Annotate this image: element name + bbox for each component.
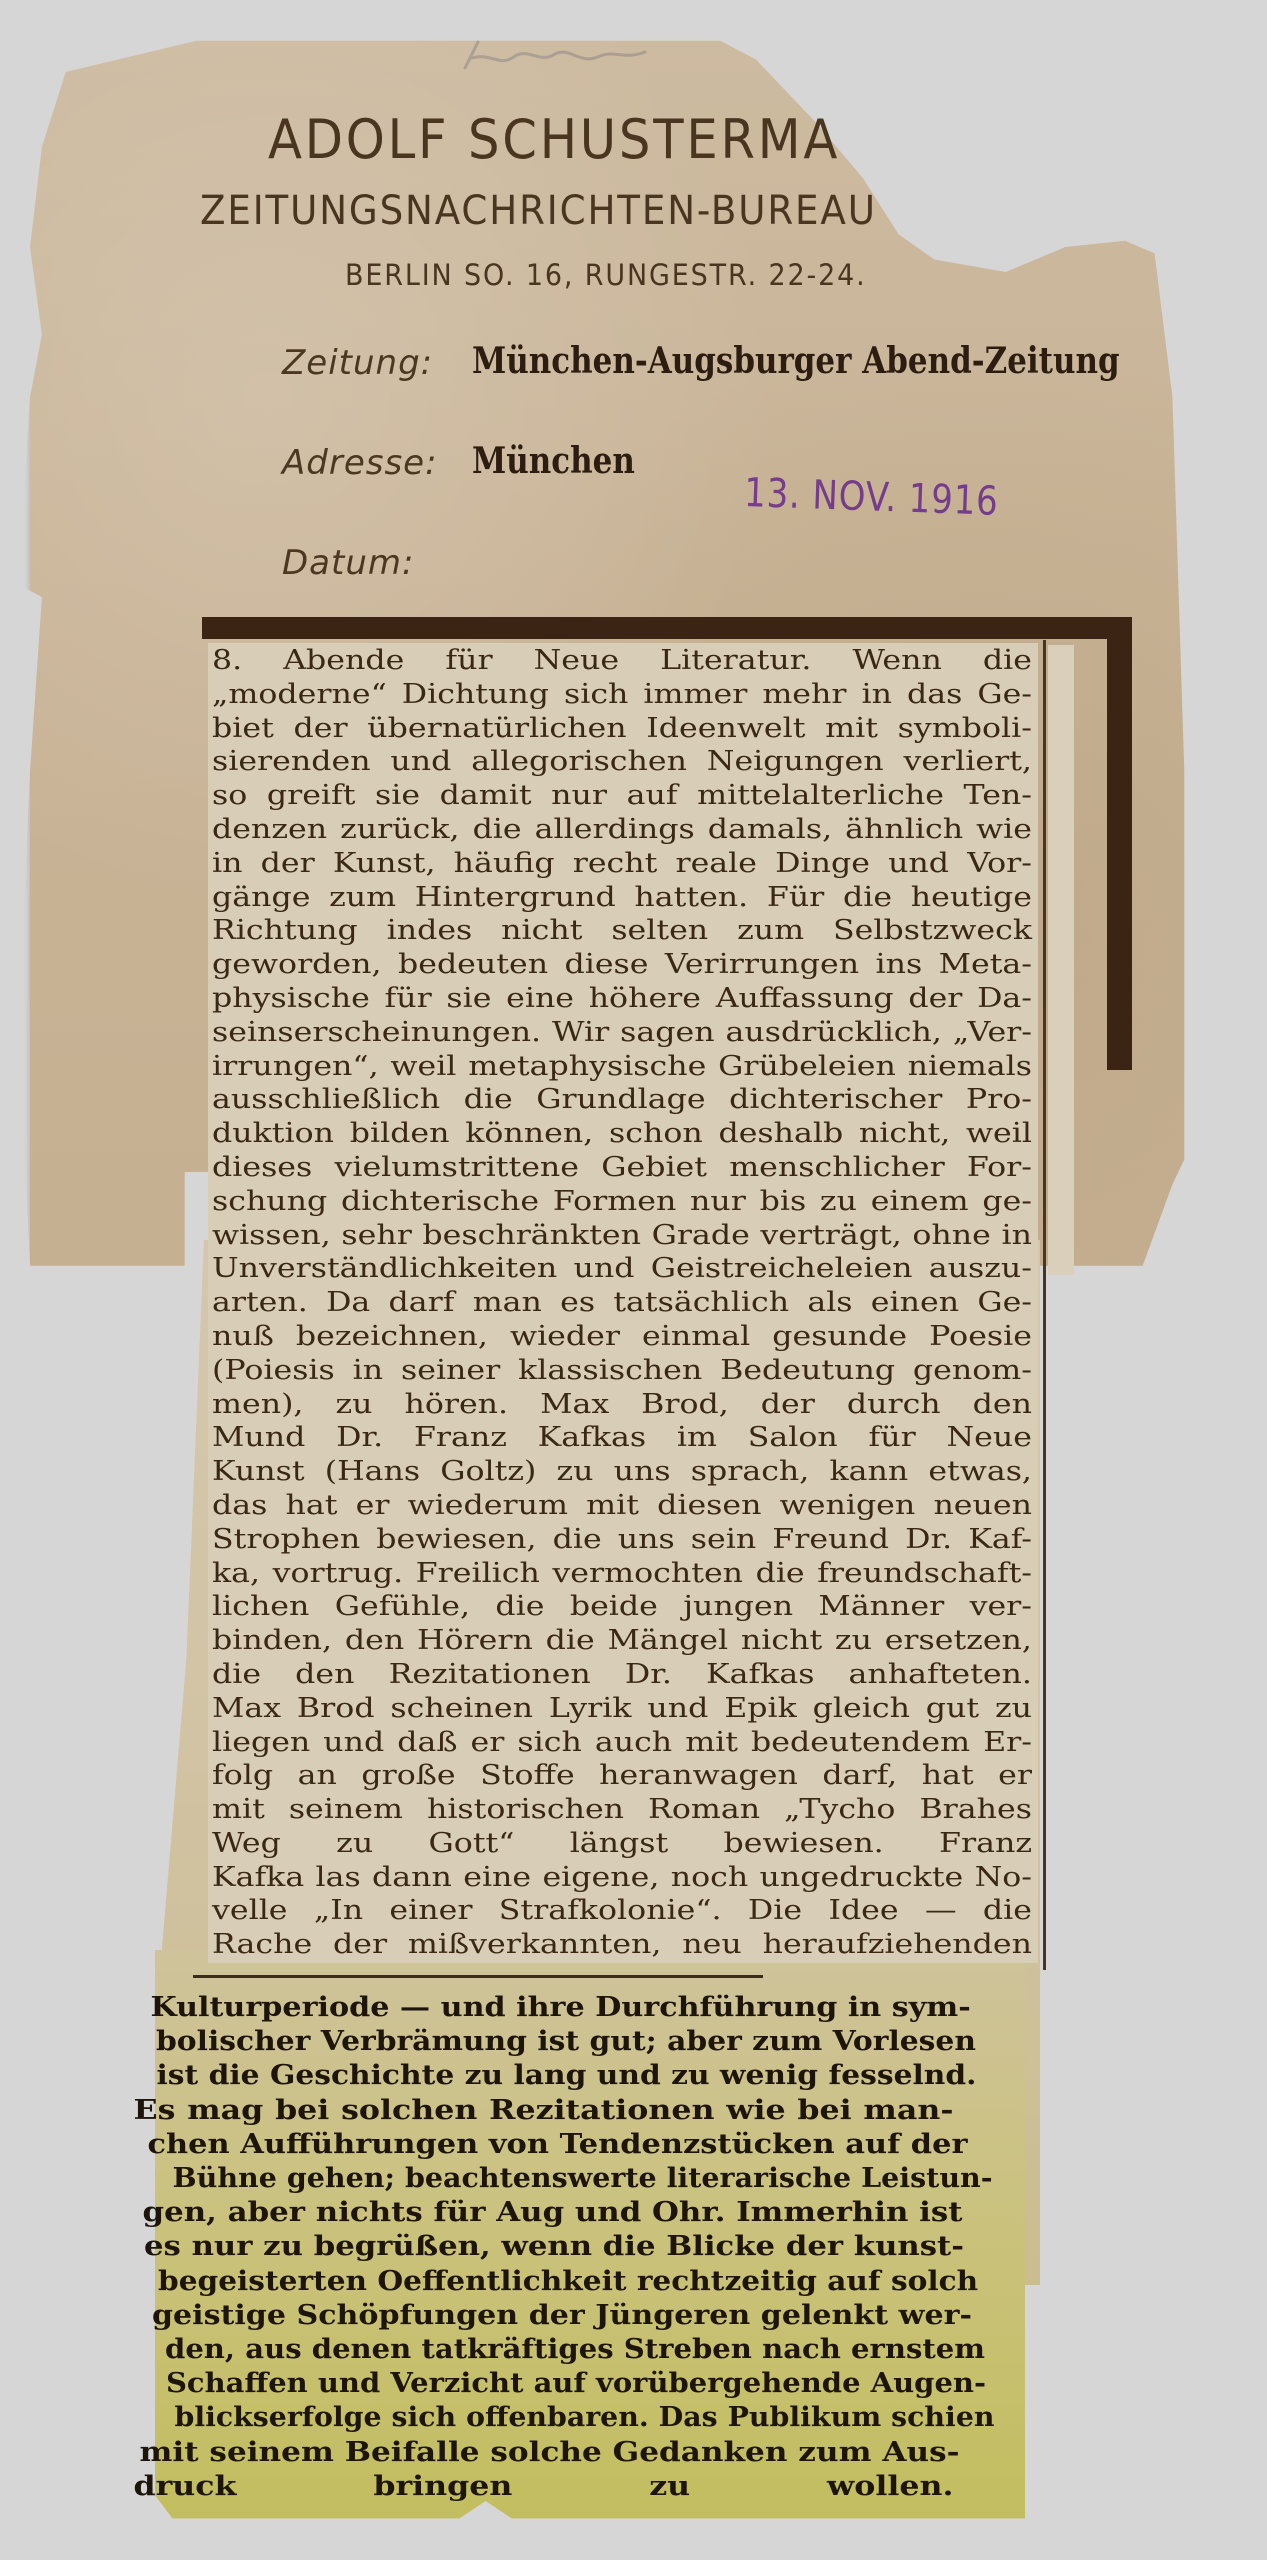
pencil-annotation-icon: [460, 38, 650, 74]
article-line: mit seinem Beifalle solche Gedanken zum …: [140, 2435, 960, 2469]
zeitung-label: Zeitung:: [282, 343, 433, 383]
article-line: Richtung indes nicht selten zum Selbstzw…: [212, 914, 1032, 948]
article-line: Kunst (Hans Goltz) zu uns sprach, kann e…: [212, 1455, 1032, 1489]
article-line: gänge zum Hintergrund hatten. Für die he…: [212, 881, 1032, 915]
article-line: dieses vielumstrittene Gebiet menschlich…: [212, 1151, 1032, 1185]
article-line: binden, den Hörern die Mängel nicht zu e…: [212, 1624, 1032, 1658]
article-line: begeisterten Oeffentlichkeit rechtzeitig…: [158, 2264, 978, 2298]
article-line: druck bringen zu wollen.: [134, 2469, 954, 2503]
article-line: die den Rezitationen Dr. Kafkas anhaftet…: [212, 1658, 1032, 1692]
article-line: 8. Abende für Neue Literatur. Wenn die: [212, 644, 1032, 678]
article-line: mit seinem historischen Roman „Tycho Bra…: [212, 1793, 1032, 1827]
article-line: ist die Geschichte zu lang und zu wenig …: [157, 2058, 977, 2092]
article-line: arten. Da darf man es tatsächlich als ei…: [212, 1286, 1032, 1320]
article-line: geworden, bedeuten diese Verirrungen ins…: [212, 948, 1032, 982]
section-divider: [193, 1975, 763, 1978]
company-address: BERLIN SO. 16, RUNGESTR. 22-24.: [345, 258, 867, 292]
article-line: in der Kunst, häufig recht reale Dinge u…: [212, 847, 1032, 881]
article-line: „moderne“ Dichtung sich immer mehr in da…: [212, 678, 1032, 712]
article-line: Rache der mißverkannten, neu heraufziehe…: [212, 1928, 1032, 1962]
article-line: Max Brod scheinen Lyrik und Epik gleich …: [212, 1692, 1032, 1726]
article-line: chen Aufführungen von Tendenzstücken auf…: [148, 2127, 968, 2161]
article-line: ausschließlich die Grundlage dichterisch…: [212, 1083, 1032, 1117]
article-body-upper: 8. Abende für Neue Literatur. Wenn die„m…: [212, 644, 1032, 1962]
article-line: velle „In einer Strafkolonie“. Die Idee …: [212, 1894, 1032, 1928]
column-divider: [1043, 640, 1046, 1970]
article-line: schung dichterische Formen nur bis zu ei…: [212, 1185, 1032, 1219]
article-line: sierenden und allegorischen Neigungen ve…: [212, 745, 1032, 779]
article-line: so greift sie damit nur auf mittelalterl…: [212, 779, 1032, 813]
header-rule: [202, 617, 1127, 639]
article-body-lower: Kulturperiode — und ihre Durchführung in…: [187, 1990, 1007, 2503]
zeitung-value: München-Augsburger Abend-Zeitung: [472, 340, 1120, 382]
article-line: das hat er wiederum mit diesen wenigen n…: [212, 1489, 1032, 1523]
article-line: wissen, sehr beschränkten Grade verträgt…: [212, 1219, 1032, 1253]
article-line: Unverständlichkeiten und Geistreicheleie…: [212, 1252, 1032, 1286]
article-line: gen, aber nichts für Aug und Ohr. Immerh…: [142, 2195, 962, 2229]
article-line: irrungen“, weil metaphysische Grübeleien…: [212, 1050, 1032, 1084]
article-line: Es mag bei solchen Rezitationen wie bei …: [134, 2093, 954, 2127]
adresse-label: Adresse:: [282, 443, 438, 483]
article-line: seinserscheinungen. Wir sagen ausdrückli…: [212, 1016, 1032, 1050]
frame-rule-right: [1107, 617, 1132, 1070]
company-subtitle: ZEITUNGSNACHRICHTEN-BUREAU: [200, 188, 877, 234]
datum-label: Datum:: [282, 543, 414, 583]
date-stamp: 13. NOV. 1916: [743, 470, 999, 525]
article-line: ka, vortrug. Freilich vermochten die fre…: [212, 1557, 1032, 1591]
article-line: den, aus denen tatkräftiges Streben nach…: [165, 2332, 985, 2366]
article-line: nuß bezeichnen, wieder einmal gesunde Po…: [212, 1320, 1032, 1354]
article-line: Weg zu Gott“ längst bewiesen. Franz: [212, 1827, 1032, 1861]
article-line: men), zu hören. Max Brod, der durch den: [212, 1388, 1032, 1422]
article-line: Schaffen und Verzicht auf vorübergehende…: [166, 2366, 986, 2400]
article-line: blickserfolge sich offenbaren. Das Publi…: [175, 2400, 995, 2434]
article-line: Bühne gehen; beachtenswerte literarische…: [173, 2161, 993, 2195]
article-line: (Poiesis in seiner klassischen Bedeutung…: [212, 1354, 1032, 1388]
article-line: liegen und daß er sich auch mit bedeuten…: [212, 1726, 1032, 1760]
article-line: lichen Gefühle, die beide jungen Männer …: [212, 1590, 1032, 1624]
article-line: es nur zu begrüßen, wenn die Blicke der …: [144, 2229, 964, 2263]
article-line: Strophen bewiesen, die uns sein Freund D…: [212, 1523, 1032, 1557]
article-line: Mund Dr. Franz Kafkas im Salon für Neue: [212, 1421, 1032, 1455]
adresse-value: München: [472, 440, 635, 482]
article-line: Kulturperiode — und ihre Durchführung in…: [151, 1990, 971, 2024]
article-line: geistige Schöpfungen der Jüngeren gelenk…: [152, 2298, 972, 2332]
article-line: bolischer Verbrämung ist gut; aber zum V…: [156, 2024, 976, 2058]
article-line: duktion bilden können, schon deshalb nic…: [212, 1117, 1032, 1151]
adjacent-column-fragment: [1048, 645, 1074, 1275]
article-line: denzen zurück, die allerdings damals, äh…: [212, 813, 1032, 847]
article-line: Kafka las dann eine eigene, noch ungedru…: [212, 1861, 1032, 1895]
article-line: physische für sie eine höhere Auffassung…: [212, 982, 1032, 1016]
company-name: ADOLF SCHUSTERMA: [268, 108, 840, 171]
article-line: folg an große Stoffe heranwagen darf, ha…: [212, 1759, 1032, 1793]
article-line: biet der übernatürlichen Ideenwelt mit s…: [212, 712, 1032, 746]
